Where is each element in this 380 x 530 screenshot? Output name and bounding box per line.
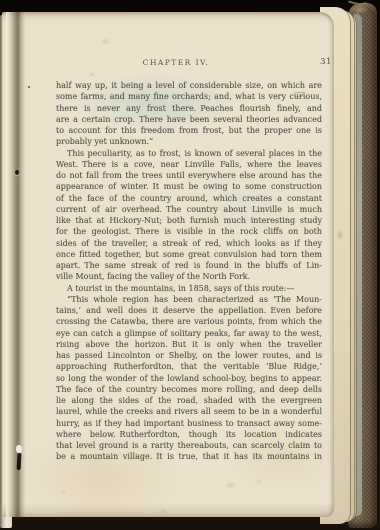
text-line: tains,’ and well does it deserve the app…	[56, 305, 322, 316]
paper-chip	[16, 445, 22, 453]
running-header: CHAPTER IV. 31	[56, 58, 322, 71]
text-line: current of air overhead. The country abo…	[56, 204, 322, 215]
text-line: lie along the sides of the road, shaded …	[56, 395, 322, 406]
text-line: of the face of the country around, which…	[56, 193, 322, 204]
text-line: West. There is a cove, near Linville Fal…	[56, 159, 322, 170]
text-line: so long the wonder of the lowland school…	[56, 373, 322, 384]
text-line: once fitted together, but some great con…	[56, 249, 322, 260]
binding-hole	[15, 170, 19, 175]
text-line: probably yet unknown.”	[56, 136, 322, 147]
text-line: to account for this freedom from frost, …	[56, 125, 322, 136]
text-line: that level ground is a rarity thereabout…	[56, 440, 322, 451]
paper-speck	[28, 86, 30, 88]
gutter-crease	[6, 12, 28, 517]
fox-spot	[158, 508, 168, 514]
fox-spot	[255, 478, 263, 485]
book-photo: CHAPTER IV. 31 half way up, it being a l…	[0, 0, 380, 530]
text-line: This peculiarity, as to frost, is known …	[56, 148, 322, 159]
fox-spot	[88, 72, 95, 77]
text-line: for the geologist. There is visible in t…	[56, 226, 322, 237]
text-line: some farms, and many fine orchards; and,…	[56, 91, 322, 102]
fox-spot	[336, 230, 344, 240]
text-line: “This whole region has been characterize…	[56, 294, 322, 305]
text-line: ville Mount, facing the valley of the No…	[56, 271, 322, 282]
text-line: there is never any frost there. Peaches …	[56, 103, 322, 114]
text-line: eye can catch a glimpse of solitary peak…	[56, 328, 322, 339]
text-line: appearance of winter. It must be owing t…	[56, 181, 322, 192]
text-line: hurry, as if they had important business…	[56, 418, 322, 429]
text-line: apart. The same streak of red is found i…	[56, 260, 322, 271]
text-line: do not fall from the trees until everywh…	[56, 170, 322, 181]
fox-spot	[100, 38, 111, 45]
page-text: half way up, it being a level of conside…	[56, 80, 322, 463]
chapter-heading: CHAPTER IV.	[56, 58, 296, 67]
fox-spot	[60, 490, 67, 495]
text-line: laurel, while the creeks and rivers all …	[56, 406, 322, 417]
text-line: approaching Rutherfordton, that the veri…	[56, 361, 322, 372]
text-line: sides of the traveller, a streak of red,…	[56, 238, 322, 249]
text-line: are a certain crop. There have been seve…	[56, 114, 322, 125]
text-line: A tourist in the mountains, in 1858, say…	[56, 283, 322, 294]
text-line: The face of the country becomes more rol…	[56, 384, 322, 395]
text-line: like that at Hickory-Nut; both furnish m…	[56, 215, 322, 226]
text-line: has passed Lincolnton or Shelby, on the …	[56, 350, 322, 361]
text-line: be a mountain village. It is true, that …	[56, 451, 322, 462]
text-line: half way up, it being a level of conside…	[56, 80, 322, 91]
text-line: crossing the Catawba, there are various …	[56, 316, 322, 327]
fox-spot	[224, 481, 237, 490]
page-number: 31	[320, 57, 332, 67]
text-line: rising above the horizon. But it is only…	[56, 339, 322, 350]
cover-corner-wear	[352, 5, 368, 14]
text-line: where below. Rutherfordton, though its l…	[56, 429, 322, 440]
